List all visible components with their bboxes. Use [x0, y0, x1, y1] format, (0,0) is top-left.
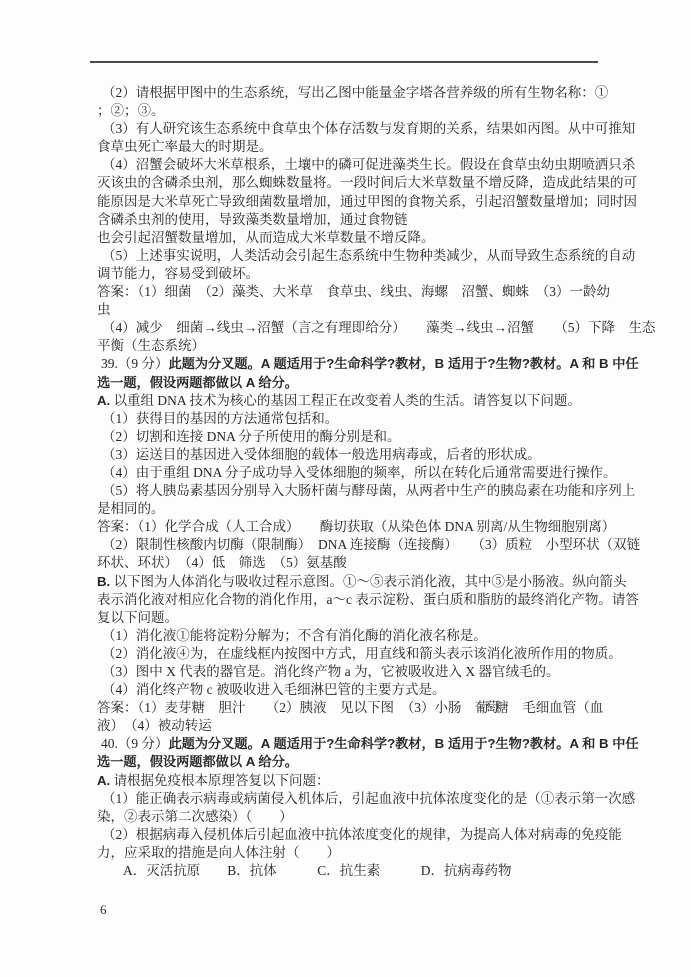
text-line: （4）沼蟹会破坏大米草根系，土壤中的磷可促进藻类生长。假设在食草虫幼虫期喷洒只杀 [97, 156, 602, 174]
text-line: 平衡（生态系统） [97, 337, 602, 355]
text-segment: （3）运送目的基因进入受体细胞的载体一般选用病毒或，后者的形状成。 [102, 447, 541, 462]
header-divider-rule [90, 61, 598, 63]
text-segment: （1）能正确表示病毒或病菌侵入机体后，引起血液中抗体浓度变化的是（①表示第一次感 [102, 791, 635, 806]
text-segment: 以重组 DNA 技术为核心的基因工程正在改变着人类的生活。请答复以下问题。 [110, 393, 581, 408]
text-line: 能原因是大米草死亡导致细菌数量增加，通过甲图的食物关系，引起沼蟹数量增加；同时因 [97, 193, 602, 211]
text-line: （3）图中 X 代表的器官是。消化终产物 a 为，它被吸收进入 X 器官绒毛的。 [97, 663, 602, 681]
text-line: 调节能力，容易受到破坏。 [97, 265, 602, 283]
text-line: （2）消化液④为，在虚线框内按图中方式，用直线和箭头表示该消化液所作用的物质。 [97, 645, 602, 663]
text-line: （4）消化终产物 c 被吸收进入毛细淋巴管的主要方式是。 [97, 681, 602, 699]
text-line: 40.（9 分）此题为分叉题。A 题适用于?生命科学?教材，B 适用于?生物?教… [97, 735, 602, 753]
text-line: A. 以重组 DNA 技术为核心的基因工程正在改变着人类的生活。请答复以下问题。 [97, 392, 602, 410]
text-segment: 40.（9 分） [101, 736, 169, 751]
bold-text-segment: A. [97, 393, 110, 408]
text-line: 表示消化液对相应化合物的消化作用，a～c 表示淀粉、蛋白质和脂肪的最终消化产物。… [97, 591, 602, 609]
text-segment: 答案：（1）麦芽糖 胆汁 （2）胰液 见以下图 （3）小肠 [97, 700, 475, 715]
text-line: 答案：（1）麦芽糖 胆汁 （2）胰液 见以下图 （3）小肠 葡萄糖 毛细血管（血 [97, 699, 602, 717]
text-segment: 环状、环状） （4）低 筛选 （5）氨基酸 [97, 555, 347, 570]
text-line: 染，②表示第二次感染）（ ） [97, 808, 602, 826]
bold-text-segment: 选一题，假设两题都做以 A 给分。 [97, 754, 298, 769]
text-line: 答案：（1）化学合成（人工合成） 酶切获取（从染色体 DNA 别离/从生物细胞别… [97, 518, 602, 536]
text-segment: 复以下问题。 [97, 610, 178, 625]
text-segment: 表示消化液对相应化合物的消化作用，a～c 表示淀粉、蛋白质和脂肪的最终消化产物。… [97, 592, 639, 607]
text-line: A. 请根据免疫根本原理答复以下问题： [97, 772, 602, 790]
text-segment: 染，②表示第二次感染）（ ） [97, 809, 293, 824]
text-line: 复以下问题。 [97, 609, 602, 627]
text-segment: 灭该虫的含磷杀虫剂，那么蜘蛛数量将。一段时间后大米草数量不增反降，造成此结果的可 [97, 175, 637, 190]
text-segment: 能原因是大米草死亡导致细菌数量增加，通过甲图的食物关系，引起沼蟹数量增加；同时因 [97, 194, 637, 209]
text-segment: 请根据免疫根本原理答复以下问题： [110, 773, 329, 788]
text-segment: （2）切割和连接 DNA 分子所使用的酶分别是和。 [102, 429, 401, 444]
text-segment: 答案：（1）化学合成（人工合成） 酶切获取（从染色体 DNA 别离/从生物细胞别… [97, 519, 615, 534]
text-segment: （4）消化终产物 c 被吸收进入毛细淋巴管的主要方式是。 [102, 682, 446, 697]
bold-text-segment: A. [97, 773, 110, 788]
text-line: （3）有人研究该生态系统中食草虫个体存活数与发育期的关系，结果如丙图。从中可推知 [97, 120, 602, 138]
text-segment: （3）有人研究该生态系统中食草虫个体存活数与发育期的关系，结果如丙图。从中可推知 [102, 121, 635, 136]
text-segment: （4）由于重组 DNA 分子成功导入受体细胞的频率，所以在转化后通常需要进行操作… [102, 465, 617, 480]
text-line: ；②；③。 [97, 102, 602, 120]
bold-text-segment: B. [97, 574, 110, 589]
text-segment: （5）上述事实说明，人类活动会引起生态系统中生物种类减少，从而导致生态系统的自动 [102, 248, 635, 263]
text-segment: （4）沼蟹会破坏大米草根系，土壤中的磷可促进藻类生长。假设在食草虫幼虫期喷洒只杀 [102, 157, 635, 172]
text-line: A．灭活抗原 B．抗体 C．抗生素 D．抗病毒药物 [97, 862, 602, 880]
page-number: 6 [100, 902, 107, 918]
text-segment: 以下图为人体消化与吸收过程示意图。①～⑤表示消化液，其中⑤是小肠液。纵向箭头 [110, 574, 626, 589]
text-segment: 食草虫死亡率最大的时期是。 [97, 139, 273, 154]
text-segment: 平衡（生态系统） [97, 338, 205, 353]
text-line: 灭该虫的含磷杀虫剂，那么蜘蛛数量将。一段时间后大米草数量不增反降，造成此结果的可 [97, 174, 602, 192]
text-line: （3）运送目的基因进入受体细胞的载体一般选用病毒或，后者的形状成。 [97, 446, 602, 464]
text-line: （1）能正确表示病毒或病菌侵入机体后，引起血液中抗体浓度变化的是（①表示第一次感 [97, 790, 602, 808]
text-line: 虫 [97, 301, 602, 319]
text-segment: 是相同的。 [97, 501, 165, 516]
text-line: 是相同的。 [97, 500, 602, 518]
text-segment: 答案：（1）细菌 （2）藻类、大米草 食草虫、线虫、海螺 沼蟹、蜘蛛 （3）一龄… [97, 284, 610, 299]
bold-text-segment: 此题为分叉题。A 题适用于?生命科学?教材，B 适用于?生物?教材。A 和 B … [169, 736, 639, 751]
text-line: （2）根据病毒入侵机体后引起血液中抗体浓度变化的规律，为提高人体对病毒的免疫能 [97, 826, 602, 844]
text-segment: A．灭活抗原 B．抗体 C．抗生素 D．抗病毒药物 [123, 863, 512, 878]
text-segment: 液） （4）被动转运 [97, 718, 212, 733]
bold-text-segment: 此题为分叉题。A 题适用于?生命科学?教材，B 适用于?生物?教材。A 和 B … [169, 356, 639, 371]
text-segment: （2）请根据甲图中的生态系统，写出乙图中能量金字塔各营养级的所有生物名称：① [102, 85, 608, 100]
text-line: 选一题，假设两题都做以 A 给分。 [97, 753, 602, 771]
text-segment: （3）图中 X 代表的器官是。消化终产物 a 为，它被吸收进入 X 器官绒毛的。 [102, 664, 560, 679]
text-line: 液） （4）被动转运 [97, 717, 602, 735]
text-line: 39.（9 分）此题为分叉题。A 题适用于?生命科学?教材，B 适用于?生物?教… [97, 355, 602, 373]
text-segment: （1）获得目的基因的方法通常包括和。 [102, 411, 338, 426]
text-segment: （1）消化液①能将淀粉分解为；不含有消化酶的消化液名称是。 [102, 628, 487, 643]
text-line: （4）由于重组 DNA 分子成功导入受体细胞的频率，所以在转化后通常需要进行操作… [97, 464, 602, 482]
text-segment: 调节能力，容易受到破坏。 [97, 266, 259, 281]
text-segment: 虫 [97, 302, 111, 317]
text-segment: （2）消化液④为，在虚线框内按图中方式，用直线和箭头表示该消化液所作用的物质。 [102, 646, 622, 661]
text-segment: 也会引起沼蟹数量增加，从而造成大米草数量不增反降。 [97, 230, 435, 245]
text-segment: （5）将人胰岛素基因分别导入大肠杆菌与酵母菌，从两者中生产的胰岛素在功能和序列上 [102, 483, 635, 498]
text-line: （2）切割和连接 DNA 分子所使用的酶分别是和。 [97, 428, 602, 446]
text-segment: ；②；③。 [97, 103, 165, 118]
text-line: 食草虫死亡率最大的时期是。 [97, 138, 602, 156]
text-segment: 力，应采取的措施是向人体注射（ ） [97, 845, 340, 860]
text-line: 选一题，假设两题都做以 A 给分。 [97, 374, 602, 392]
text-segment: （4）减少 细菌→线虫→沼蟹（言之有理即给分） 藻类→线虫→沼蟹 （5）下降 生… [102, 320, 656, 335]
document-body: （2）请根据甲图中的生态系统，写出乙图中能量金字塔各营养级的所有生物名称：①；②… [97, 84, 602, 880]
text-segment: （2）限制性核酸内切酶（限制酶） DNA 连接酶（连接酶） （3）质粒 小型环状… [102, 537, 640, 552]
bold-text-segment: 选一题，假设两题都做以 A 给分。 [97, 375, 298, 390]
text-line: （2）限制性核酸内切酶（限制酶） DNA 连接酶（连接酶） （3）质粒 小型环状… [97, 536, 602, 554]
text-line: （2）请根据甲图中的生态系统，写出乙图中能量金字塔各营养级的所有生物名称：① [97, 84, 602, 102]
text-segment: 含磷杀虫剂的使用，导致藻类数量增加，通过食物链 [97, 212, 408, 227]
text-line: 含磷杀虫剂的使用，导致藻类数量增加，通过食物链 [97, 211, 602, 229]
text-line: 也会引起沼蟹数量增加，从而造成大米草数量不增反降。 [97, 229, 602, 247]
text-line: （5）上述事实说明，人类活动会引起生态系统中生物种类减少，从而导致生态系统的自动 [97, 247, 602, 265]
text-line: B. 以下图为人体消化与吸收过程示意图。①～⑤表示消化液，其中⑤是小肠液。纵向箭… [97, 573, 602, 591]
text-line: 环状、环状） （4）低 筛选 （5）氨基酸 [97, 554, 602, 572]
exam-document-page: （2）请根据甲图中的生态系统，写出乙图中能量金字塔各营养级的所有生物名称：①；②… [0, 0, 691, 977]
text-segment: 39.（9 分） [101, 356, 169, 371]
text-segment: 毛细血管（血 [509, 700, 604, 715]
text-segment: （2）根据病毒入侵机体后引起血液中抗体浓度变化的规律，为提高人体对病毒的免疫能 [102, 827, 622, 842]
text-line: （4）减少 细菌→线虫→沼蟹（言之有理即给分） 藻类→线虫→沼蟹 （5）下降 生… [97, 319, 602, 337]
text-line: （1）获得目的基因的方法通常包括和。 [97, 410, 602, 428]
text-line: 力，应采取的措施是向人体注射（ ） [97, 844, 602, 862]
condensed-text-segment: 葡萄糖 [475, 699, 505, 717]
text-line: （5）将人胰岛素基因分别导入大肠杆菌与酵母菌，从两者中生产的胰岛素在功能和序列上 [97, 482, 602, 500]
text-line: （1）消化液①能将淀粉分解为；不含有消化酶的消化液名称是。 [97, 627, 602, 645]
text-line: 答案：（1）细菌 （2）藻类、大米草 食草虫、线虫、海螺 沼蟹、蜘蛛 （3）一龄… [97, 283, 602, 301]
